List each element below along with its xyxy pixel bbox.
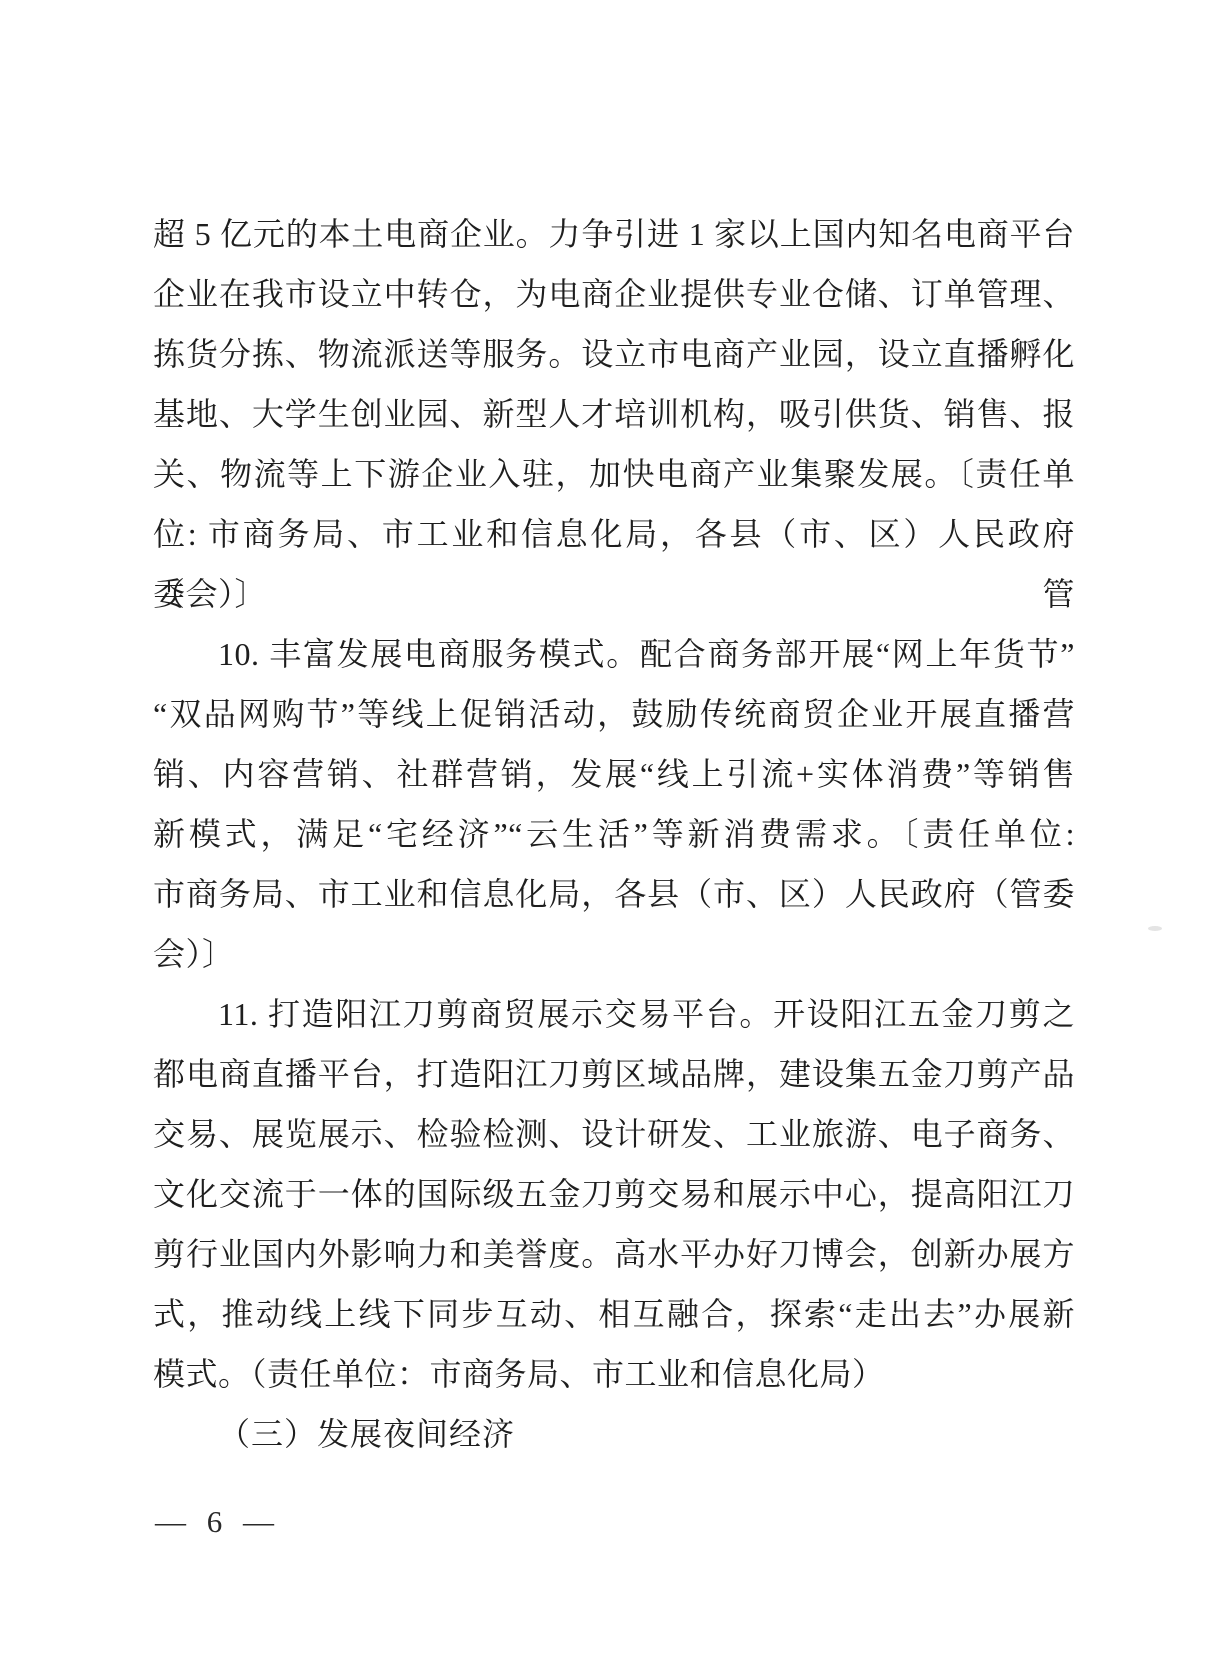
text-line: 拣货分拣、物流派送等服务。设立市电商产业园，设立直播孵化 xyxy=(153,324,1075,384)
text-line: 会）〕 xyxy=(153,924,1075,984)
text-line: 市商务局、市工业和信息化局，各县（市、区）人民政府（管委 xyxy=(153,864,1075,924)
text-line: 基地、大学生创业园、新型人才培训机构，吸引供货、销售、报 xyxy=(153,384,1075,444)
text-line: 式，推动线上线下同步互动、相互融合，探索“走出去”办展新 xyxy=(153,1284,1075,1344)
text-line: 交易、展览展示、检验检测、设计研发、工业旅游、电子商务、 xyxy=(153,1104,1075,1164)
text-line: “双品网购节”等线上促销活动，鼓励传统商贸企业开展直播营 xyxy=(153,684,1075,744)
text-line: 剪行业国内外影响力和美誉度。高水平办好刀博会，创新办展方 xyxy=(153,1224,1075,1284)
document-body: 超 5 亿元的本土电商企业。力争引进 1 家以上国内知名电商平台 企业在我市设立… xyxy=(153,204,1075,1464)
text-line: 销、内容营销、社群营销，发展“线上引流+实体消费”等销售 xyxy=(153,744,1075,804)
text-line: 新模式，满足“宅经济”“云生活”等新消费需求。〔责任单位: xyxy=(153,804,1075,864)
text-line: 关、物流等上下游企业入驻，加快电商产业集聚发展。〔责任单 xyxy=(153,444,1075,504)
page-number: — 6 — xyxy=(155,1502,276,1542)
document-page: 超 5 亿元的本土电商企业。力争引进 1 家以上国内知名电商平台 企业在我市设立… xyxy=(0,0,1224,1659)
scan-speck xyxy=(1148,926,1162,931)
item-10-title-line: 10. 丰富发展电商服务模式。配合商务部开展“网上年货节” xyxy=(153,624,1075,684)
text-line: 企业在我市设立中转仓，为电商企业提供专业仓储、订单管理、 xyxy=(153,264,1075,324)
item-11-title-line: 11. 打造阳江刀剪商贸展示交易平台。开设阳江五金刀剪之 xyxy=(153,984,1075,1044)
text-line: 都电商直播平台，打造阳江刀剪区域品牌，建设集五金刀剪产品 xyxy=(153,1044,1075,1104)
text-line: 超 5 亿元的本土电商企业。力争引进 1 家以上国内知名电商平台 xyxy=(153,204,1075,264)
text-line: 文化交流于一体的国际级五金刀剪交易和展示中心，提高阳江刀 xyxy=(153,1164,1075,1224)
text-line: 模式。（责任单位：市商务局、市工业和信息化局） xyxy=(153,1344,1075,1404)
text-line: 位: 市商务局、市工业和信息化局，各县（市、区）人民政府（管 xyxy=(153,504,1075,564)
section-heading: （三）发展夜间经济 xyxy=(153,1404,1075,1464)
